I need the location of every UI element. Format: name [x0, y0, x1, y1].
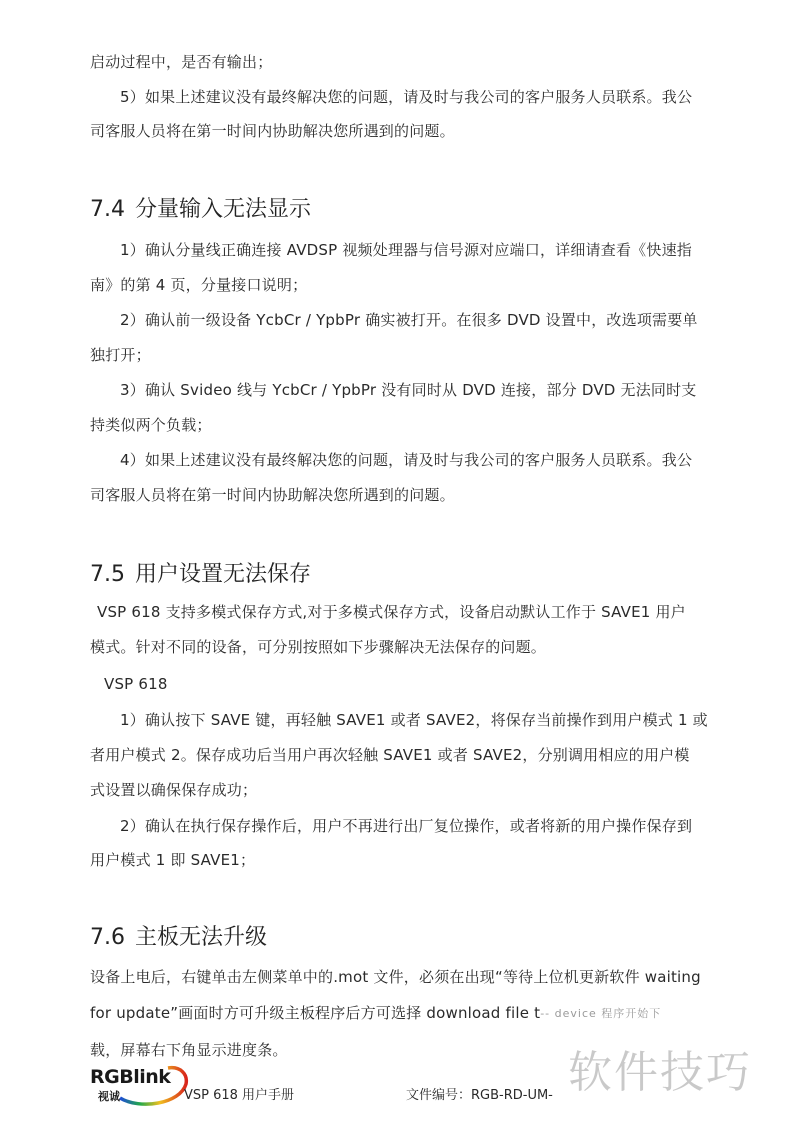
paragraph-line: 式设置以确保保存成功； — [90, 780, 720, 800]
section-number: 7.4 — [90, 197, 125, 222]
paragraph-line: 2）确认前一级设备 YcbCr / YpbPr 确实被打开。在很多 DVD 设置… — [120, 310, 750, 330]
section-number: 7.6 — [90, 925, 125, 950]
section-title: 分量输入无法显示 — [135, 197, 311, 222]
continuation-line: 启动过程中，是否有输出； — [90, 52, 720, 72]
document-number: 文件编号：RGB-RD-UM- — [406, 1084, 553, 1103]
paragraph-line: 司客服人员将在第一时间内协助解决您所遇到的问题。 — [90, 485, 720, 505]
rgblink-logo: RGBlink 视诚 — [90, 1064, 190, 1108]
paragraph-line: 设备上电后，右键单击左侧菜单中的.mot 文件，必须在出现“等待上位机更新软件 … — [90, 967, 720, 987]
paragraph-line: 用户模式 1 即 SAVE1； — [90, 850, 720, 870]
paragraph-line: 者用户模式 2。保存成功后当用户再次轻触 SAVE1 或者 SAVE2，分别调用… — [90, 745, 720, 765]
paragraph-text: for update”画面时方可升级主板程序后方可选择 download fil… — [90, 1004, 540, 1022]
manual-title: VSP 618 用户手册 — [184, 1084, 294, 1103]
list-item-5: 5）如果上述建议没有最终解决您的问题，请及时与我公司的客户服务人员联系。我公 — [120, 87, 750, 107]
section-title: 主板无法升级 — [135, 925, 267, 950]
section-title: 用户设置无法保存 — [135, 562, 311, 587]
paragraph-line: 南》的第 4 页，分量接口说明； — [90, 275, 720, 295]
logo-text: RGBlink — [90, 1066, 170, 1088]
paragraph-line: 1）确认分量线正确连接 AVDSP 视频处理器与信号源对应端口，详细请查看《快速… — [120, 240, 750, 260]
watermark: 软件技巧 — [568, 1036, 752, 1100]
list-item-5-cont: 司客服人员将在第一时间内协助解决您所遇到的问题。 — [90, 121, 720, 141]
device-label: VSP 618 — [104, 674, 734, 694]
paragraph-line: 持类似两个负载； — [90, 415, 720, 435]
paragraph-line: 2）确认在执行保存操作后，用户不再进行出厂复位操作，或者将新的用户操作保存到 — [120, 816, 750, 836]
section-heading-7-6: 7.6主板无法升级 — [90, 924, 267, 952]
paragraph-line: 4）如果上述建议没有最终解决您的问题，请及时与我公司的客户服务人员联系。我公 — [120, 450, 750, 470]
paragraph-line: 模式。针对不同的设备，可分别按照如下步骤解决无法保存的问题。 — [90, 637, 720, 657]
paragraph-line: 1）确认按下 SAVE 键，再轻触 SAVE1 或者 SAVE2，将保存当前操作… — [120, 710, 750, 730]
obscured-text: -- device 程序开始下 — [540, 1004, 661, 1024]
paragraph-line: for update”画面时方可升级主板程序后方可选择 download fil… — [90, 1003, 720, 1024]
section-heading-7-4: 7.4分量输入无法显示 — [90, 196, 311, 224]
section-heading-7-5: 7.5用户设置无法保存 — [90, 561, 311, 589]
paragraph-line: 3）确认 Svideo 线与 YcbCr / YpbPr 没有同时从 DVD 连… — [120, 380, 750, 400]
paragraph-line: 独打开； — [90, 345, 720, 365]
logo-text-cn: 视诚 — [98, 1088, 120, 1104]
paragraph-line: VSP 618 支持多模式保存方式,对于多模式保存方式，设备启动默认工作于 SA… — [97, 602, 727, 622]
section-number: 7.5 — [90, 562, 125, 587]
